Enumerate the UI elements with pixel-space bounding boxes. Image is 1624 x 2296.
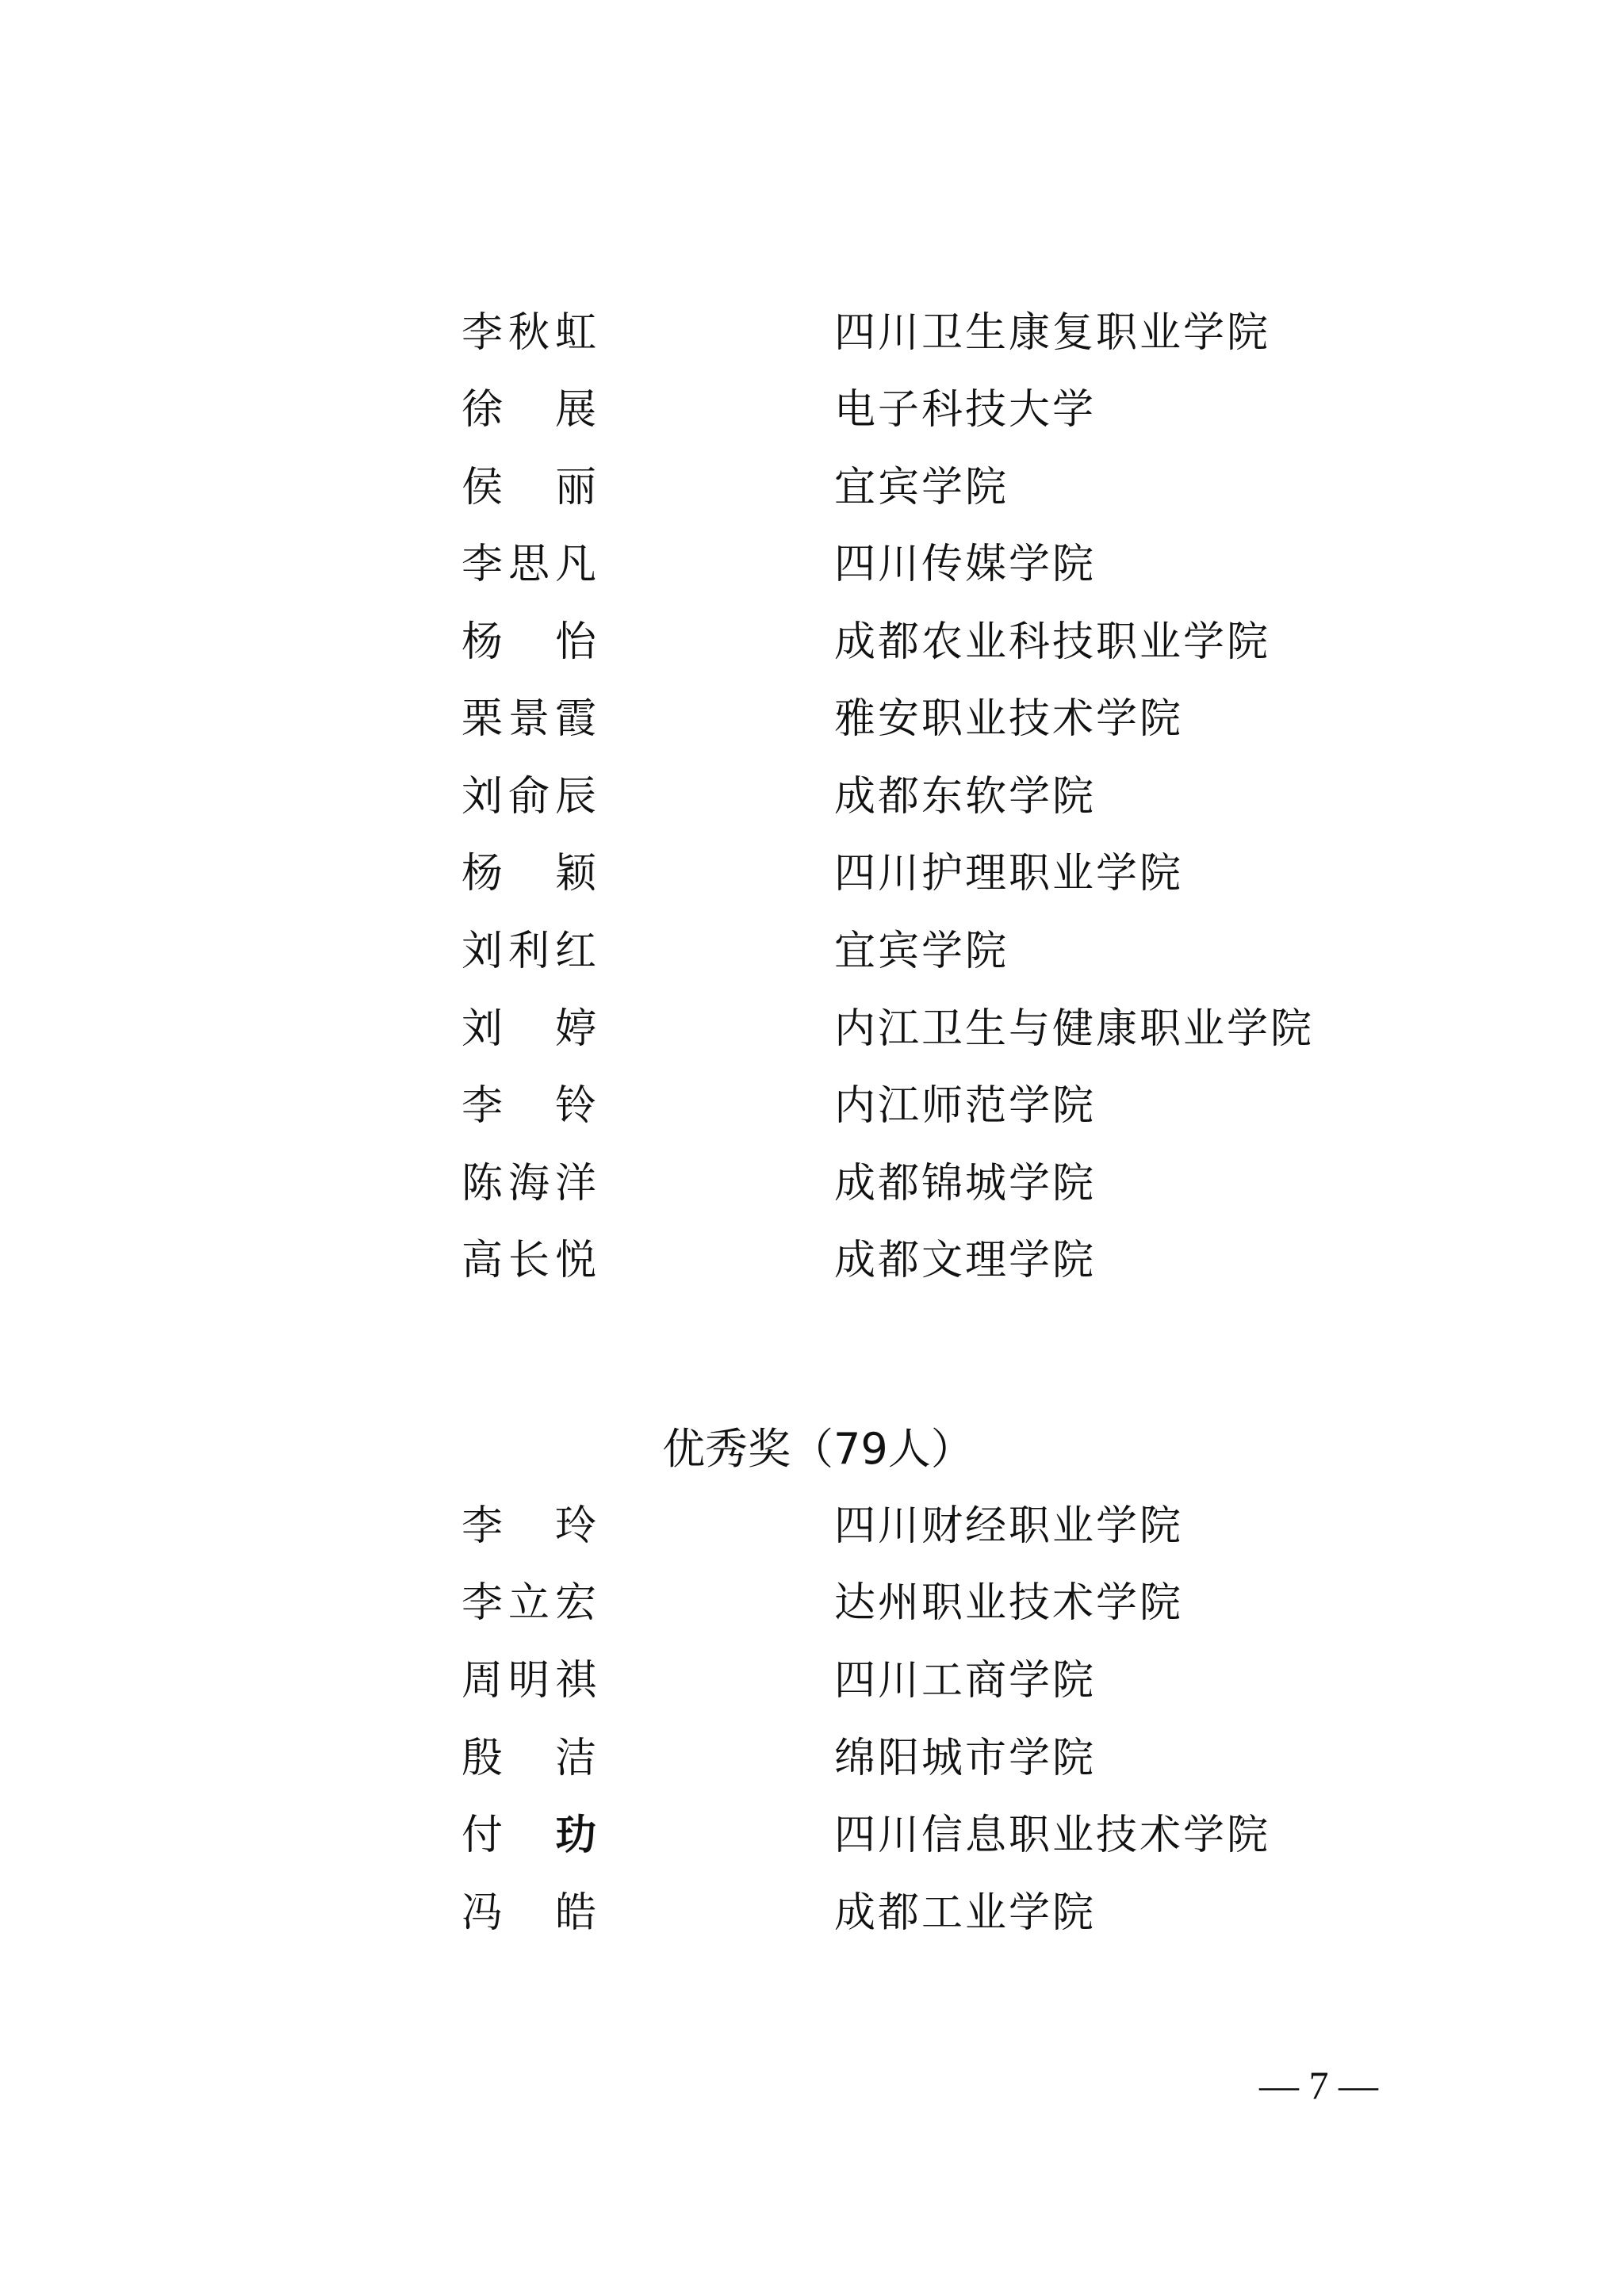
awardee-name: 付玏 [462, 1808, 596, 1863]
awardee-institution: 成都东软学院 [834, 769, 1096, 825]
list-item: 李思凡 四川传媒学院 [462, 537, 1413, 592]
awardee-name: 杨颖 [462, 846, 596, 901]
awardee-institution: 内江卫生与健康职业学院 [834, 1001, 1314, 1057]
list-item: 刘婷 内江卫生与健康职业学院 [462, 1001, 1413, 1057]
awardee-name: 周明祺 [462, 1653, 596, 1709]
awardee-name: 李玲 [462, 1498, 596, 1554]
awardee-name: 杨怡 [462, 614, 596, 670]
list-item: 高长悦 成都文理学院 [462, 1233, 1413, 1288]
awardee-institution: 四川工商学院 [834, 1653, 1096, 1709]
awardee-institution: 雅安职业技术学院 [834, 691, 1183, 747]
list-item: 李玲 四川财经职业学院 [462, 1498, 1413, 1554]
awardee-name: 刘利红 [462, 924, 596, 979]
awardee-institution: 达州职业技术学院 [834, 1575, 1183, 1631]
awardee-name: 侯丽 [462, 460, 596, 515]
list-item: 杨颖 四川护理职业学院 [462, 846, 1413, 901]
awardee-institution: 成都农业科技职业学院 [834, 614, 1270, 670]
list-item: 陈海洋 成都锦城学院 [462, 1156, 1413, 1211]
awardee-name: 刘俞辰 [462, 769, 596, 825]
awardee-institution: 宜宾学院 [834, 924, 1009, 979]
page-number: — 7 — [1259, 2061, 1378, 2109]
awardee-name: 陈海洋 [462, 1156, 596, 1211]
awardee-name: 栗景霞 [462, 691, 596, 747]
awardee-name: 李铃 [462, 1078, 596, 1134]
list-item: 冯皓 成都工业学院 [462, 1885, 1413, 1941]
awardee-institution: 四川信息职业技术学院 [834, 1808, 1270, 1863]
awardee-institution: 四川传媒学院 [834, 537, 1096, 592]
document-page: 李秋虹 四川卫生康复职业学院 徐展 电子科技大学 侯丽 宜宾学院 李思凡 四川传… [0, 0, 1624, 2296]
awardee-name: 李思凡 [462, 537, 596, 592]
awardee-name: 殷洁 [462, 1731, 596, 1786]
list-item: 李秋虹 四川卫生康复职业学院 [462, 305, 1413, 361]
awardee-institution: 成都文理学院 [834, 1233, 1096, 1288]
awardee-institution: 四川护理职业学院 [834, 846, 1183, 901]
list-item: 刘利红 宜宾学院 [462, 924, 1413, 979]
awardee-institution: 宜宾学院 [834, 460, 1009, 515]
list-item: 杨怡 成都农业科技职业学院 [462, 614, 1413, 670]
list-item: 徐展 电子科技大学 [462, 382, 1413, 438]
list-item: 殷洁 绵阳城市学院 [462, 1731, 1413, 1786]
list-item: 李铃 内江师范学院 [462, 1078, 1413, 1134]
awardee-institution: 绵阳城市学院 [834, 1731, 1096, 1786]
list-item: 周明祺 四川工商学院 [462, 1653, 1413, 1709]
awardee-institution: 四川卫生康复职业学院 [834, 305, 1270, 361]
awardee-institution: 四川财经职业学院 [834, 1498, 1183, 1554]
section-heading-excellence-award: 优秀奖（79人） [662, 1422, 974, 1477]
list-item: 李立宏 达州职业技术学院 [462, 1575, 1413, 1631]
list-item: 付玏 四川信息职业技术学院 [462, 1808, 1413, 1863]
awardee-name: 徐展 [462, 382, 596, 438]
awardee-institution: 电子科技大学 [834, 382, 1096, 438]
awardee-name: 刘婷 [462, 1001, 596, 1057]
awardee-institution: 内江师范学院 [834, 1078, 1096, 1134]
awardee-name: 冯皓 [462, 1885, 596, 1941]
list-item: 侯丽 宜宾学院 [462, 460, 1413, 515]
awardee-name: 李秋虹 [462, 305, 596, 361]
list-item: 栗景霞 雅安职业技术学院 [462, 691, 1413, 747]
awardee-name: 李立宏 [462, 1575, 596, 1631]
awardee-institution: 成都锦城学院 [834, 1156, 1096, 1211]
list-item: 刘俞辰 成都东软学院 [462, 769, 1413, 825]
awardee-institution: 成都工业学院 [834, 1885, 1096, 1941]
awardee-name: 高长悦 [462, 1233, 596, 1288]
